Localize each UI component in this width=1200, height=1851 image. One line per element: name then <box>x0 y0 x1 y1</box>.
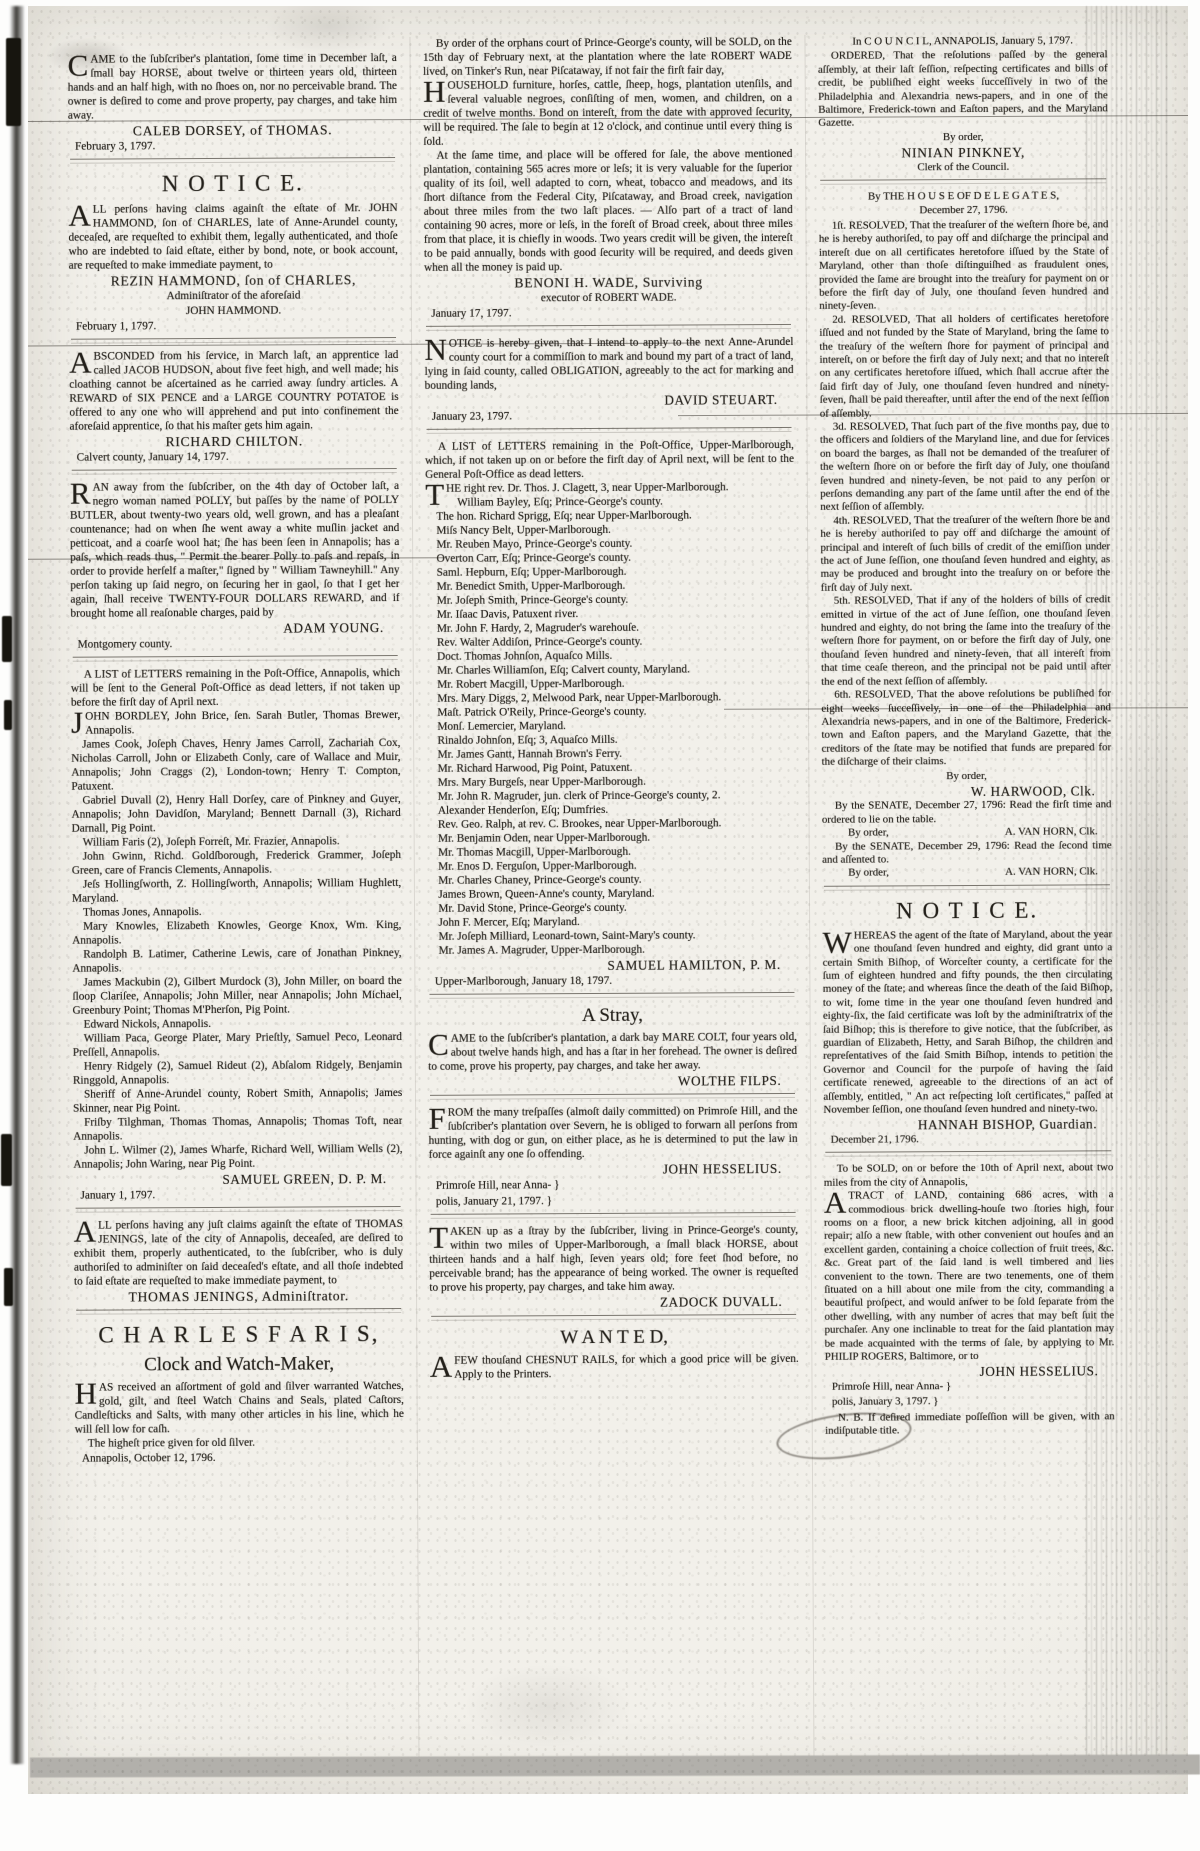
drop-cap: A <box>69 351 92 376</box>
primrose-hill-trespass-warning: FROM the many treſpaſſes (almoſt daily c… <box>428 1093 798 1209</box>
drop-cap: T <box>425 483 444 508</box>
wanted-chesnut-rails: W A N T E D,AFEW thouſand CHESNUT RAILS,… <box>429 1314 798 1382</box>
article-paragraph: HAS received an aſſortment of gold and ſ… <box>74 1379 404 1437</box>
scan-edge-band <box>30 1754 1200 1777</box>
land-for-sale-hesselius: To be SOLD, on or before the 10th of Apr… <box>824 1151 1115 1439</box>
article-paragraph: By the SENATE, December 29, 1796: Read t… <box>822 839 1112 867</box>
drop-cap: H <box>74 1382 97 1407</box>
article-heading: C H A R L E S F A R I S, <box>74 1319 403 1351</box>
article-heading: N O T I C E. <box>822 895 1112 927</box>
byorder-line: By order,A. VAN HORN, Clk. <box>822 825 1112 840</box>
centered-line: By order, <box>818 130 1108 145</box>
annapolis-letters-list: A LIST of LETTERS remaining in the Poſt-… <box>71 655 403 1203</box>
article-paragraph: 6th. RESOLVED, That the above reſolution… <box>821 687 1111 769</box>
separator-rule <box>426 324 791 331</box>
letter-list-entry: Friſby Tilghman, Thomas Thomas, Annapoli… <box>73 1114 402 1144</box>
column-1: CAME to the ſubſcriber's plantation, ſom… <box>67 37 405 1774</box>
separator-rule <box>76 1206 401 1213</box>
binding-ink-mark <box>6 38 21 126</box>
dateline: Primroſe Hill, near Anna- } <box>429 1177 798 1193</box>
column-2: By order of the orphans court of Prince-… <box>410 35 801 1772</box>
article-paragraph: 2d. RESOLVED, That all holders of certif… <box>819 312 1109 421</box>
dateline: polis, January 3, 1797. } <box>825 1394 1115 1409</box>
letter-list-entry: Mr. James A. Magruder, Upper-Marlborough… <box>428 942 797 958</box>
binding-ink-mark <box>2 616 12 662</box>
drop-cap: T <box>429 1226 448 1251</box>
article-paragraph: 4th. RESOLVED, That the treaſurer of the… <box>820 513 1110 595</box>
signature-line: CALEB DORSEY, of THOMAS. <box>68 123 397 139</box>
article-paragraph: To be SOLD, on or before the 10th of Apr… <box>824 1162 1114 1190</box>
signature-line: W. HARWOOD, Clk. <box>822 784 1112 799</box>
dateline: February 1, 1797. <box>69 318 398 334</box>
steuart-land-notice: NOTICE is hereby given, that I intend to… <box>424 324 794 424</box>
lost-certificate-notice: N O T I C E.WHEREAS the agent of the ſta… <box>822 884 1113 1147</box>
newspaper-scan-page: { "page": {"kind": "scanned newspaper ad… <box>0 0 1200 1851</box>
house-of-delegates-resolutions: By THE H O U S E OF D E L E G A T E S,De… <box>819 178 1112 880</box>
article-paragraph: A LIST of LETTERS remaining in the Poſt-… <box>71 666 401 710</box>
dateline: Primroſe Hill, near Anna- } <box>825 1379 1115 1394</box>
article-paragraph: HOUSEHOLD furniture, horſes, cattle, ſhe… <box>423 77 792 149</box>
jenings-estate-notice: ALL perſons having any juſt claims again… <box>74 1206 404 1305</box>
article-paragraph: CAME to the ſubſcriber's plantation, ſom… <box>68 51 398 123</box>
signature-line: SAMUEL GREEN, D. P. M. <box>73 1172 402 1188</box>
drop-cap: A <box>824 1191 847 1216</box>
article-paragraph: ALL perſons having claims againſt the eſ… <box>68 201 398 273</box>
drop-cap: C <box>428 1033 449 1058</box>
separator-rule <box>430 1093 795 1100</box>
centered-line: By THE H O U S E OF D E L E G A T E S, <box>819 189 1109 204</box>
letter-list-entry: James Mackubin (2), Gilbert Murdock (3),… <box>72 974 402 1018</box>
marlborough-letters-list: A LIST of LETTERS remaining in the Poſt-… <box>425 427 797 989</box>
article-paragraph: By the SENATE, December 27, 1796: Read t… <box>822 799 1112 827</box>
article-paragraph: ATRACT of LAND, containing 686 acres, wi… <box>824 1188 1115 1364</box>
centered-line: Clerk of the Council. <box>818 160 1108 175</box>
signature-line: HANNAH BISHOP, Guardian. <box>823 1118 1113 1133</box>
article-paragraph: A LIST of LETTERS remaining in the Poſt-… <box>425 438 794 482</box>
stray-mare-colt: A Stray,CAME to the ſubſcriber's plantat… <box>428 992 798 1090</box>
separator-rule <box>821 178 1107 184</box>
article-paragraph: CAME to the ſubſcriber's plantation, a d… <box>428 1030 797 1074</box>
signature-line: REZIN HAMMOND, ſon of CHARLES, <box>69 273 398 289</box>
article-paragraph: N. B. If deſired immediate poſſeſſion wi… <box>825 1410 1115 1438</box>
letter-list-entry: Gabriel Duvall (2), Henry Hall Dorſey, c… <box>71 792 401 836</box>
byorder-line: By order,A. VAN HORN, Clk. <box>822 866 1112 881</box>
article-paragraph: TAKEN up as a ſtray by the ſubſcriber, l… <box>429 1223 798 1295</box>
article-paragraph: NOTICE is hereby given, that I intend to… <box>424 335 793 393</box>
article-paragraph: AFEW thouſand CHESNUT RAILS, for which a… <box>430 1352 799 1382</box>
article-paragraph: 3d. RESOLVED, That ſuch part of the five… <box>820 419 1110 514</box>
binding-shadow <box>10 6 24 1764</box>
article-heading: N O T I C E. <box>68 168 397 200</box>
article-paragraph: JOHN BORDLEY, John Brice, ſen. Sarah But… <box>71 708 400 738</box>
drop-cap: H <box>423 80 446 105</box>
separator-rule <box>73 655 398 662</box>
centered-line: In C O U N C I L, ANNAPOLIS, January 5, … <box>818 34 1108 49</box>
article-paragraph: 1ſt. RESOLVED, That the treaſurer of the… <box>819 218 1109 313</box>
signature-line: NINIAN PINKNEY, <box>818 146 1108 161</box>
binding-ink-mark <box>4 700 12 730</box>
letter-list-entry: Randolph B. Latimer, Catherine Lewis, ca… <box>72 946 401 976</box>
centered-line: executor of ROBERT WADE. <box>424 290 793 306</box>
column-3: In C O U N C I L, ANNAPOLIS, January 5, … <box>805 33 1117 1770</box>
letter-list-entry: John Gwinn, Richd. Goldſborough, Frederi… <box>72 848 401 878</box>
signature-line: DAVID STEUART. <box>425 393 794 409</box>
drop-cap: W <box>822 930 851 955</box>
signature-line: JOHN HESSELIUS. <box>825 1365 1115 1380</box>
binding-ink-mark <box>4 1268 13 1306</box>
drop-cap: F <box>428 1107 445 1132</box>
hammond-estate-notice: N O T I C E.ALL perſons having claims ag… <box>68 157 398 334</box>
letter-list-entry: Jeſs Hollingſworth, Z. Hollingſworth, An… <box>72 876 401 906</box>
binding-ink-mark <box>1 1134 12 1186</box>
signature-line: THOMAS JENINGS, Adminiſtrator. <box>74 1289 403 1305</box>
separator-rule <box>427 427 792 434</box>
drop-cap: A <box>68 204 91 229</box>
byorder-text: By order, <box>848 867 889 881</box>
dateline: Montgomery county. <box>71 636 400 652</box>
drop-cap: N <box>424 338 447 363</box>
dateline: polis, January 21, 1797. } <box>429 1193 798 1209</box>
drop-cap: A <box>74 1220 97 1245</box>
article-paragraph: The higheſt price given for old ſilver. <box>75 1435 404 1451</box>
signature-line: ZADOCK DUVALL. <box>429 1295 798 1311</box>
runaway-polly-notice: RAN away from the ſubſcriber, on the 4th… <box>70 468 400 652</box>
centered-line: Adminiſtrator of the aforeſaid <box>69 288 398 304</box>
centered-line: December 27, 1796. <box>819 204 1109 219</box>
article-paragraph: 5th. RESOLVED, That if any of the holder… <box>821 594 1111 689</box>
drop-cap: R <box>70 482 91 507</box>
article-paragraph: ORDERED, That the reſolutions paſſed by … <box>818 49 1108 131</box>
drop-cap: J <box>71 711 83 736</box>
signature-line: ADAM YOUNG. <box>71 621 400 637</box>
letter-list-entry: William Paca, George Plater, Mary Prieſt… <box>73 1030 402 1060</box>
article-paragraph: RAN away from the ſubſcriber, on the 4th… <box>70 479 400 621</box>
separator-rule <box>431 1212 796 1219</box>
signature-line: WOLTHE FILPS. <box>428 1074 797 1090</box>
separator-rule <box>431 1314 796 1321</box>
signature-line: BENONI H. WADE, Surviving <box>424 275 793 291</box>
separator-rule <box>70 157 395 164</box>
separator-rule <box>76 1308 401 1315</box>
signature-line: RICHARD CHILTON. <box>70 434 399 450</box>
separator-rule <box>826 1151 1112 1157</box>
signature-line: SAMUEL HAMILTON, P. M. <box>428 958 797 974</box>
separator-rule <box>430 992 795 999</box>
letter-list-entry: Henry Ridgely (2), Samuel Rideut (2), Ab… <box>73 1058 402 1088</box>
stray-horse-notice: CAME to the ſubſcriber's plantation, ſom… <box>68 51 398 154</box>
dateline: Calvert county, January 14, 1797. <box>70 449 399 465</box>
article-subheading: W A N T E D, <box>430 1325 799 1351</box>
dateline: Upper-Marlborough, January 18, 1797. <box>428 973 797 989</box>
newspaper-page: CAME to the ſubſcriber's plantation, ſom… <box>28 6 1188 1794</box>
article-paragraph: By order of the orphans court of Prince-… <box>423 35 792 79</box>
article-paragraph: WHEREAS the agent of the ſtate of Maryla… <box>822 928 1113 1117</box>
byorder-text: A. VAN HORN, Clk. <box>1005 826 1098 840</box>
council-order: In C O U N C I L, ANNAPOLIS, January 5, … <box>818 34 1108 175</box>
letter-list-entry: James Cook, Joſeph Chaves, Henry James C… <box>71 736 401 794</box>
separator-rule <box>72 468 397 475</box>
signature-line: JOHN HESSELIUS. <box>429 1162 798 1178</box>
stray-black-horse: TAKEN up as a ſtray by the ſubſcriber, l… <box>429 1212 799 1311</box>
wade-estate-sale: By order of the orphans court of Prince-… <box>423 35 793 321</box>
article-paragraph: ALL perſons having any juſt claims again… <box>74 1217 404 1289</box>
charles-faris-watchmaker-ad: C H A R L E S F A R I S,Clock and Watch-… <box>74 1308 404 1466</box>
letter-list-entry: Mary Knowles, Elizabeth Knowles, George … <box>72 918 401 948</box>
separator-rule <box>824 884 1110 890</box>
article-subheading: A Stray, <box>428 1003 797 1029</box>
drop-cap: A <box>430 1355 453 1380</box>
separator-rule <box>71 337 396 344</box>
letter-list-entry: John L. Wilmer (2), James Wharfe, Richar… <box>73 1142 402 1172</box>
dateline: January 23, 1797. <box>425 408 794 424</box>
article-paragraph: At the ſame time, and place will be offe… <box>423 147 793 275</box>
centered-line: By order, <box>822 769 1112 784</box>
byorder-text: A. VAN HORN, Clk. <box>1005 866 1098 880</box>
byorder-text: By order, <box>848 827 889 841</box>
article-subheading: Clock and Watch-Maker, <box>74 1352 403 1378</box>
letter-list-entry: Sheriff of Anne-Arundel county, Robert S… <box>73 1086 402 1116</box>
text-columns: CAME to the ſubſcriber's plantation, ſom… <box>67 33 1116 1773</box>
dateline: December 21, 1796. <box>824 1132 1114 1147</box>
dateline: February 3, 1797. <box>68 138 397 154</box>
dateline: Annapolis, October 12, 1796. <box>75 1450 404 1466</box>
article-paragraph: ABSCONDED from his ſervice, in March laſ… <box>69 348 399 434</box>
absconded-apprentice-notice: ABSCONDED from his ſervice, in March laſ… <box>69 337 399 465</box>
article-paragraph: FROM the many treſpaſſes (almoſt daily c… <box>428 1104 797 1162</box>
dateline: January 1, 1797. <box>73 1187 402 1203</box>
dateline: January 17, 1797. <box>424 305 793 321</box>
centered-line: JOHN HAMMOND. <box>69 303 398 319</box>
drop-cap: C <box>68 54 89 79</box>
